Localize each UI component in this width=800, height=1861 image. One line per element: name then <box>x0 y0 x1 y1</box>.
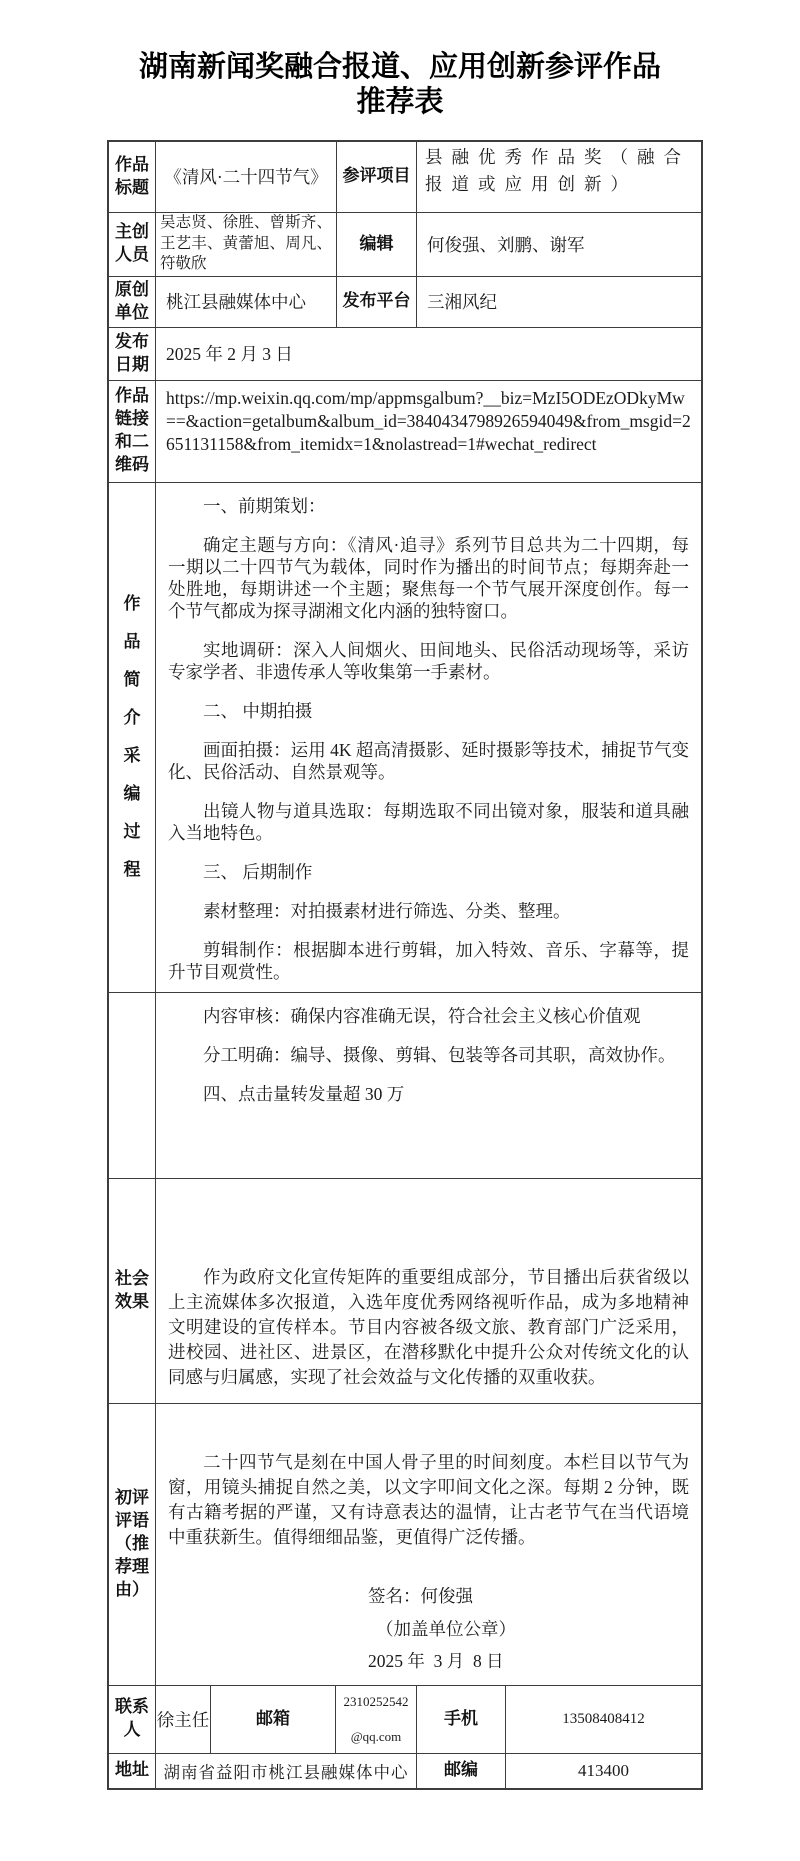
address-label: 地址 <box>109 1754 155 1788</box>
review-comments-content: 二十四节气是刻在中国人骨子里的时间刻度。本栏目以节气为窗，用镜头捕捉自然之美，以… <box>155 1404 701 1685</box>
email-value: 2310252542@qq.com <box>335 1686 416 1753</box>
signature-date: 2025 年 3 月 8 日 <box>368 1645 689 1677</box>
work-link-url: https://mp.weixin.qq.com/mp/appmsgalbum?… <box>155 381 701 482</box>
paragraph: 分工明确：编导、摄像、剪辑、包装等各司其职，高效协作。 <box>168 1044 689 1066</box>
paragraph: 画面拍摄：运用 4K 超高清摄影、延时摄影等技术，捕捉节气变化、民俗活动、自然景… <box>168 739 689 783</box>
recommendation-form-table: 作品标题 《清风·二十四节气》 参评项目 县融优秀作品奖（融合报道或应用创新） … <box>107 140 703 1790</box>
contact-name: 徐主任 <box>155 1686 210 1753</box>
platform-value: 三湘风纪 <box>416 277 701 327</box>
paragraph: 确定主题与方向：《清风·追寻》系列节目总共为二十四期，每一期以二十四节气为载体，… <box>168 534 689 622</box>
row-review-comments: 初评评语（推荐理由） 二十四节气是刻在中国人骨子里的时间刻度。本栏目以节气为窗，… <box>109 1403 701 1685</box>
row-intro-process: 作品简介采编过程 一、前期策划： 确定主题与方向：《清风·追寻》系列节目总共为二… <box>109 482 701 992</box>
intro-process-label: 作品简介采编过程 <box>109 483 155 992</box>
paragraph: 二、 中期拍摄 <box>168 700 689 722</box>
mobile-label: 手机 <box>416 1686 505 1753</box>
row-work-title: 作品标题 《清风·二十四节气》 参评项目 县融优秀作品奖（融合报道或应用创新） <box>109 142 701 212</box>
review-paragraph: 二十四节气是刻在中国人骨子里的时间刻度。本栏目以节气为窗，用镜头捕捉自然之美，以… <box>168 1450 689 1551</box>
paragraph: 内容审核：确保内容准确无误，符合社会主义核心价值观 <box>168 1005 689 1027</box>
paragraph: 出镜人物与道具选取：每期选取不同出镜对象，服装和道具融入当地特色。 <box>168 800 689 844</box>
paragraph: 素材整理：对拍摄素材进行筛选、分类、整理。 <box>168 900 689 922</box>
signature-name: 签名：何俊强 <box>368 1580 689 1612</box>
creators-label: 主创人员 <box>109 213 155 276</box>
paragraph: 剪辑制作：根据脚本进行剪辑，加入特效、音乐、字幕等，提升节目观赏性。 <box>168 939 689 983</box>
social-effect-content: 作为政府文化宣传矩阵的重要组成部分，节目播出后获省级以上主流媒体多次报道，入选年… <box>155 1179 701 1403</box>
work-link-label: 作品链接和二维码 <box>109 381 155 482</box>
original-unit-label: 原创单位 <box>109 277 155 327</box>
email-label: 邮箱 <box>210 1686 335 1753</box>
page-title: 湖南新闻奖融合报道、应用创新参评作品推荐表 <box>135 50 665 120</box>
review-comments-label: 初评评语（推荐理由） <box>109 1404 155 1685</box>
intro-process-label-text: 作品简介采编过程 <box>123 585 142 890</box>
publish-date-label: 发布日期 <box>109 328 155 380</box>
entry-category-value: 县融优秀作品奖（融合报道或应用创新） <box>416 142 701 212</box>
postcode-label: 邮编 <box>416 1754 505 1788</box>
work-title-label: 作品标题 <box>109 142 155 212</box>
editors-label: 编辑 <box>336 213 416 276</box>
row-publish-date: 发布日期 2025 年 2 月 3 日 <box>109 327 701 380</box>
social-effect-label: 社会效果 <box>109 1179 155 1403</box>
seal-note: （加盖单位公章） <box>368 1613 689 1645</box>
row-work-link: 作品链接和二维码 https://mp.weixin.qq.com/mp/app… <box>109 380 701 482</box>
editors-value: 何俊强、刘鹏、谢军 <box>416 213 701 276</box>
platform-label: 发布平台 <box>336 277 416 327</box>
paragraph: 三、 后期制作 <box>168 861 689 883</box>
creators-value: 吴志贤、徐胜、曾斯齐、王艺丰、黄蕾旭、周凡、符敬欣 <box>155 213 336 276</box>
signature-block: 签名：何俊强 （加盖单位公章） 2025 年 3 月 8 日 <box>368 1580 689 1677</box>
paragraph: 一、前期策划： <box>168 495 689 517</box>
publish-date-value: 2025 年 2 月 3 日 <box>155 328 701 380</box>
work-title-value: 《清风·二十四节气》 <box>155 142 336 212</box>
row-contact: 联系人 徐主任 邮箱 2310252542@qq.com 手机 13508408… <box>109 1685 701 1753</box>
intro-process-cont-content: 内容审核：确保内容准确无误，符合社会主义核心价值观 分工明确：编导、摄像、剪辑、… <box>155 993 701 1178</box>
row-social-effect: 社会效果 作为政府文化宣传矩阵的重要组成部分，节目播出后获省级以上主流媒体多次报… <box>109 1178 701 1403</box>
mobile-value: 13508408412 <box>505 1686 701 1753</box>
row-original-unit: 原创单位 桃江县融媒体中心 发布平台 三湘风纪 <box>109 276 701 327</box>
paragraph: 实地调研：深入人间烟火、田间地头、民俗活动现场等，采访专家学者、非遗传承人等收集… <box>168 639 689 683</box>
row-address: 地址 湖南省益阳市桃江县融媒体中心 邮编 413400 <box>109 1753 701 1788</box>
row-creators: 主创人员 吴志贤、徐胜、曾斯齐、王艺丰、黄蕾旭、周凡、符敬欣 编辑 何俊强、刘鹏… <box>109 212 701 276</box>
address-value: 湖南省益阳市桃江县融媒体中心 <box>155 1754 416 1788</box>
intro-process-content: 一、前期策划： 确定主题与方向：《清风·追寻》系列节目总共为二十四期，每一期以二… <box>155 483 701 992</box>
intro-process-cont-label-empty <box>109 993 155 1178</box>
original-unit-value: 桃江县融媒体中心 <box>155 277 336 327</box>
contact-label: 联系人 <box>109 1686 155 1753</box>
social-effect-paragraph: 作为政府文化宣传矩阵的重要组成部分，节目播出后获省级以上主流媒体多次报道，入选年… <box>168 1265 689 1391</box>
entry-category-label: 参评项目 <box>336 142 416 212</box>
postcode-value: 413400 <box>505 1754 701 1788</box>
paragraph: 四、点击量转发量超 30 万 <box>168 1083 689 1105</box>
row-intro-process-cont: 内容审核：确保内容准确无误，符合社会主义核心价值观 分工明确：编导、摄像、剪辑、… <box>109 992 701 1178</box>
